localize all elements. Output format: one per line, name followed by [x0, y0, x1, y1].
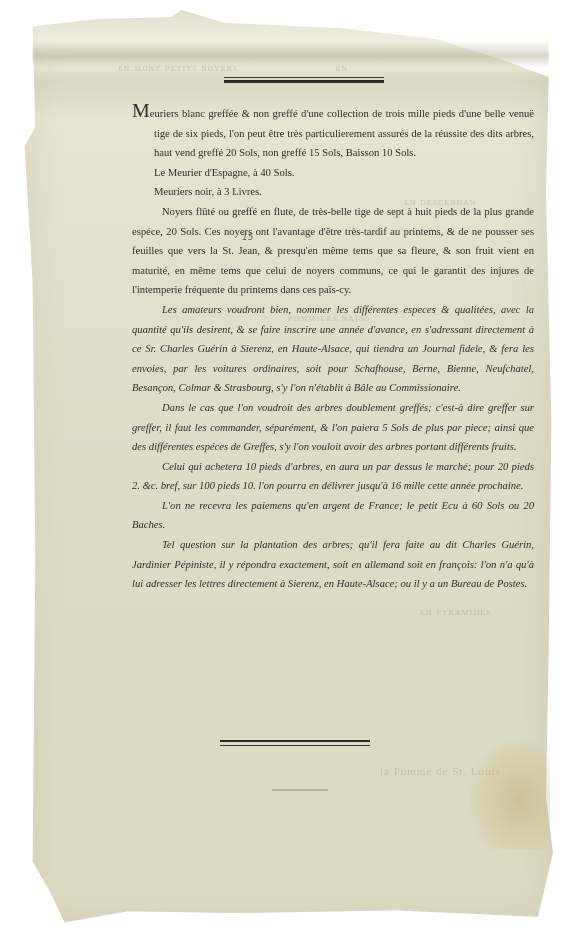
paragraph-remise: Celui qui achetera 10 pieds d'arbres, en… — [132, 458, 534, 497]
bleed-through-rule — [272, 789, 328, 791]
document-body: Meuriers blanc greffée & non greffé d'un… — [132, 102, 534, 595]
paragraph-noyers: Noyers flûté ou greffé en flute, de très… — [132, 203, 534, 301]
handwritten-correction: 15 — [242, 233, 253, 243]
paragraph-meurier-espagne: Le Meurier d'Espagne, à 40 Sols. — [132, 164, 534, 184]
water-stain — [470, 740, 550, 850]
paragraph-paiements: L'on ne recevra les paiemens qu'en argen… — [132, 497, 534, 536]
top-ornamental-rule — [224, 77, 384, 83]
bottom-ornamental-rule — [220, 740, 370, 746]
paragraph-meuriers-blanc: Meuriers blanc greffée & non greffé d'un… — [132, 102, 534, 164]
drop-cap: M — [132, 100, 150, 122]
paragraph-amateurs: Les amateurs voudront bien, nommer les d… — [132, 301, 534, 399]
paragraph-questions: Tel question sur la plantation des arbre… — [132, 536, 534, 595]
paragraph-doublement-greffes: Dans le cas que l'on voudroit des arbres… — [132, 399, 534, 458]
paragraph-meuriers-noir: Meuriers noir, à 3 Livres. — [132, 183, 534, 203]
